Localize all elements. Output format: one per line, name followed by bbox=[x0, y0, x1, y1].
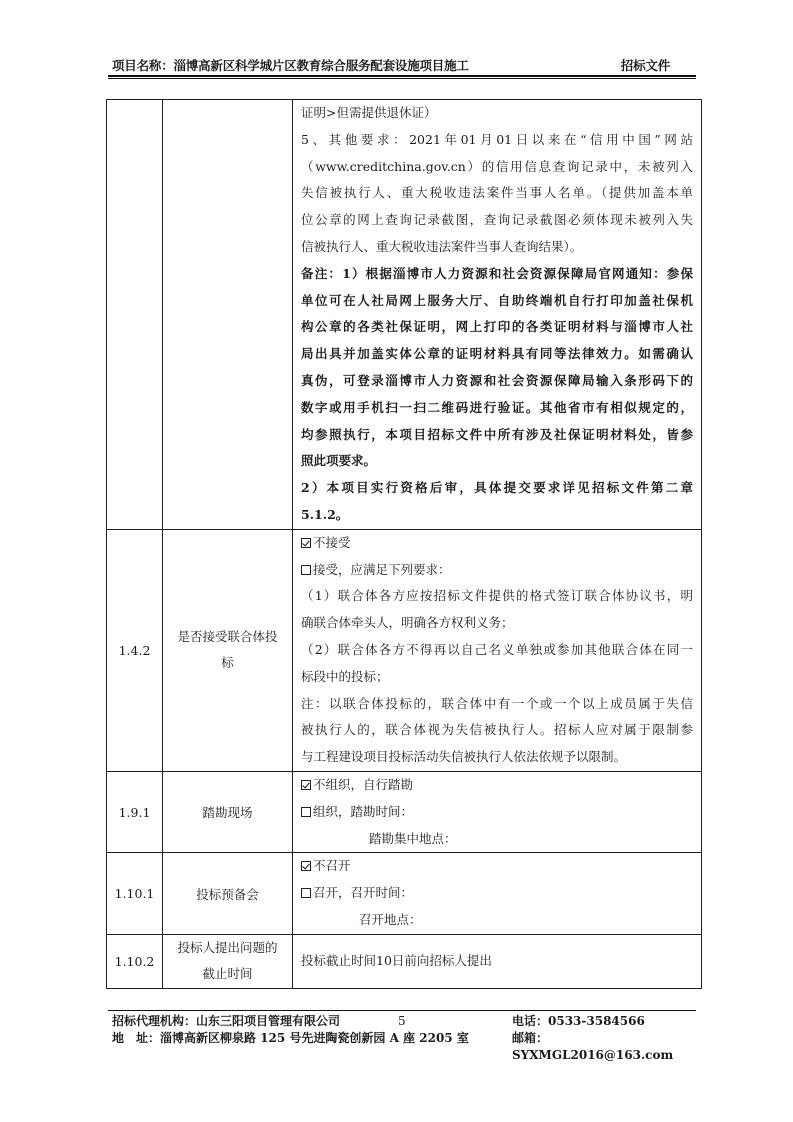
footer-divider bbox=[108, 1010, 696, 1011]
clause-name-cell bbox=[163, 100, 293, 530]
note-line: 单位可在人社局网上服务大厅、自助终端机自行打印加盖社保机 bbox=[301, 288, 693, 315]
unchecked-checkbox-icon[interactable] bbox=[301, 565, 311, 575]
option-not-accept[interactable]: 不接受 bbox=[301, 530, 693, 557]
option-label: 召开，召开时间： bbox=[313, 885, 413, 900]
page-number: 5 bbox=[398, 1013, 406, 1030]
content-line: （2）联合体各方不得再以自己名义单独或参加其他联合体在同一 bbox=[301, 637, 693, 664]
content-line: 标段中的投标； bbox=[301, 664, 693, 691]
note-line: 构公章的各类社保证明，网上打印的各类证明材料与淄博市人社 bbox=[301, 314, 693, 341]
option-meeting-held[interactable]: 召开，召开时间： bbox=[301, 880, 693, 907]
content-line: （www.creditchina.gov.cn）的信用信息查询记录中，未被列入 bbox=[301, 154, 693, 181]
bid-data-table: 证明>但需提供退休证） 5、其他要求：2021年01月01日以来在“信用中国”网… bbox=[106, 99, 702, 989]
note-line: 真伪，可登录淄博市人力资源和社会资源保障局输入条形码下的 bbox=[301, 368, 693, 395]
project-title: 项目名称：淄博高新区科学城片区教育综合服务配套设施项目施工 bbox=[112, 56, 469, 74]
content-line: 确联合体牵头人，明确各方权利义务； bbox=[301, 610, 693, 637]
unchecked-checkbox-icon[interactable] bbox=[301, 807, 311, 817]
question-deadline-text: 投标截止时间10日前向招标人提出 bbox=[301, 948, 693, 975]
clause-number-cell: 1.4.2 bbox=[107, 529, 163, 771]
option-label: 不召开 bbox=[313, 858, 351, 873]
table-row: 1.10.2 投标人提出问题的 截止时间 投标截止时间10日前向招标人提出 bbox=[107, 934, 702, 988]
note-line: 照此项要求。 bbox=[301, 448, 693, 475]
content-line: 与工程建设项目投标活动失信被执行人依法依规予以限制。 bbox=[301, 744, 693, 771]
option-label: 不组织，自行踏勘 bbox=[313, 777, 413, 792]
clause-content-cell: 不接受 接受，应满足下列要求： （1）联合体各方应按招标文件提供的格式签订联合体… bbox=[293, 529, 702, 771]
agency-name: 招标代理机构：山东三阳项目管理有限公司 bbox=[112, 1013, 340, 1030]
site-visit-location-label: 踏勘集中地点： bbox=[301, 826, 693, 853]
option-label: 组织，踏勘时间： bbox=[313, 804, 413, 819]
note-line: 5.1.2。 bbox=[301, 502, 693, 529]
page-header: 项目名称：淄博高新区科学城片区教育综合服务配套设施项目施工 招标文件 bbox=[108, 56, 696, 74]
clause-content-cell: 投标截止时间10日前向招标人提出 bbox=[293, 934, 702, 988]
content-line: 注：以联合体投标的，联合体中有一个或一个以上成员属于失信 bbox=[301, 691, 693, 718]
clause-name-line: 是否接受联合体投 bbox=[169, 624, 286, 650]
page-footer: 招标代理机构：山东三阳项目管理有限公司 5 电话：0533-3584566 地 … bbox=[112, 1013, 696, 1047]
option-label: 不接受 bbox=[313, 535, 351, 550]
checked-checkbox-icon[interactable] bbox=[301, 861, 311, 871]
clause-number-cell: 1.10.2 bbox=[107, 934, 163, 988]
content-line: 失信被执行人、重大税收违法案件当事人名单。（提供加盖本单 bbox=[301, 180, 693, 207]
table-row: 1.9.1 踏勘现场 不组织，自行踏勘 组织，踏勘时间： 踏勘集中地点： bbox=[107, 771, 702, 852]
content-line: 位公章的网上查询记录截图，查询记录截图必须体现未被列入失 bbox=[301, 207, 693, 234]
clause-number-cell bbox=[107, 100, 163, 530]
checked-checkbox-icon[interactable] bbox=[301, 780, 311, 790]
email: 邮箱：SYXMGL2016@163.com bbox=[512, 1030, 696, 1064]
content-line: 证明>但需提供退休证） bbox=[301, 100, 693, 127]
clause-content-cell: 证明>但需提供退休证） 5、其他要求：2021年01月01日以来在“信用中国”网… bbox=[293, 100, 702, 530]
content-line: 信被执行人、重大税收违法案件当事人查询结果）。 bbox=[301, 234, 693, 261]
note-line: 数字或用手机扫一扫二维码进行验证。其他省市有相似规定的， bbox=[301, 395, 693, 422]
note-line: 备注：1）根据淄博市人力资源和社会资源保障局官网通知：参保 bbox=[301, 261, 693, 288]
clause-content-cell: 不召开 召开，召开时间： 召开地点： bbox=[293, 853, 702, 934]
table-row: 1.4.2 是否接受联合体投 标 不接受 接受，应满足下列要求： （1）联合体各… bbox=[107, 529, 702, 771]
unchecked-checkbox-icon[interactable] bbox=[301, 888, 311, 898]
content-line: （1）联合体各方应按招标文件提供的格式签订联合体协议书，明 bbox=[301, 583, 693, 610]
clause-content-cell: 不组织，自行踏勘 组织，踏勘时间： 踏勘集中地点： bbox=[293, 771, 702, 852]
note-line: 局出具并加盖实体公章的证明材料具有同等法律效力。如需确认 bbox=[301, 341, 693, 368]
content-line: 5、其他要求：2021年01月01日以来在“信用中国”网站 bbox=[301, 127, 693, 154]
document-type: 招标文件 bbox=[621, 56, 670, 74]
option-site-visit-not-organized[interactable]: 不组织，自行踏勘 bbox=[301, 772, 693, 799]
clause-name-cell: 踏勘现场 bbox=[163, 771, 293, 852]
clause-number-cell: 1.9.1 bbox=[107, 771, 163, 852]
option-accept[interactable]: 接受，应满足下列要求： bbox=[301, 557, 693, 584]
clause-name-line: 截止时间 bbox=[169, 961, 286, 987]
content-line: 被执行人的，联合体视为失信被执行人。招标人应对属于限制参 bbox=[301, 717, 693, 744]
note-line: 2）本项目实行资格后审，具体提交要求详见招标文件第二章 bbox=[301, 475, 693, 502]
option-meeting-not-held[interactable]: 不召开 bbox=[301, 853, 693, 880]
option-site-visit-organized[interactable]: 组织，踏勘时间： bbox=[301, 799, 693, 826]
clause-name-line: 标 bbox=[169, 650, 286, 676]
table-row: 证明>但需提供退休证） 5、其他要求：2021年01月01日以来在“信用中国”网… bbox=[107, 100, 702, 530]
table-row: 1.10.1 投标预备会 不召开 召开，召开时间： 召开地点： bbox=[107, 853, 702, 934]
checked-checkbox-icon[interactable] bbox=[301, 538, 311, 548]
address: 地 址：淄博高新区柳泉路 125 号先进陶瓷创新园 A 座 2205 室 bbox=[112, 1030, 469, 1047]
clause-name-cell: 是否接受联合体投 标 bbox=[163, 529, 293, 771]
note-line: 均参照执行，本项目招标文件中所有涉及社保证明材料处，皆参 bbox=[301, 422, 693, 449]
meeting-location-label: 召开地点： bbox=[301, 907, 693, 934]
header-divider bbox=[108, 75, 696, 79]
clause-name-cell: 投标人提出问题的 截止时间 bbox=[163, 934, 293, 988]
option-label: 接受，应满足下列要求： bbox=[313, 562, 451, 577]
clause-number-cell: 1.10.1 bbox=[107, 853, 163, 934]
clause-name-cell: 投标预备会 bbox=[163, 853, 293, 934]
phone-number: 电话：0533-3584566 bbox=[512, 1013, 645, 1030]
clause-name-line: 投标人提出问题的 bbox=[169, 935, 286, 961]
